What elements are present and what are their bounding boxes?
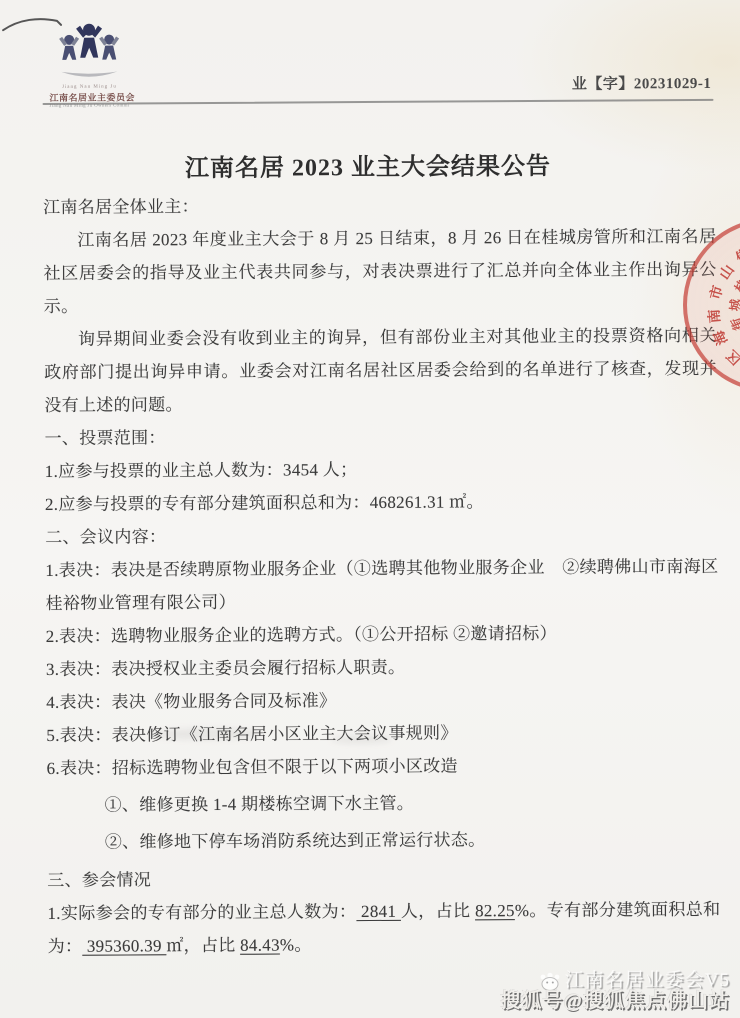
committee-logo: Jiang Nan Ming Ju 江南名居业主委员会 Jiang Nan Mi… (49, 21, 130, 108)
section1-heading: 一、投票范围： (44, 418, 717, 455)
section2-heading: 二、会议内容： (45, 517, 718, 554)
seal-char: 佛 (734, 247, 740, 266)
watermark-line2: 搜狐号@搜狐焦点佛山站 (500, 991, 730, 1012)
document-number: 业【字】20231029-1 (572, 72, 712, 94)
seal-char: 区 (725, 346, 740, 366)
section2-subitem: ②、维修地下停车场消防系统达到正常运行状态。 (47, 822, 720, 859)
participation-pct2: 84.43 (240, 936, 280, 955)
section2-item: 1.表决：表决是否续聘原物业服务企业（①选聘其他物业服务企业 ②续聘佛山市南海区… (45, 550, 718, 620)
seal-char: 海 (713, 328, 732, 347)
participation-pct1: 82.25 (475, 901, 515, 920)
participation-count: 2841 (356, 902, 401, 921)
logo-arc-text: Jiang Nan Ming Ju (49, 84, 129, 89)
seal-char: 南 (708, 308, 723, 323)
section2-item: 3.表决：表决授权业主委员会履行招标人职责。 (46, 649, 719, 686)
seal-char: 市 (709, 284, 726, 301)
section1-item: 2.应参与投票的专有部分建筑面积总和为：468261.31 ㎡。 (45, 484, 718, 521)
paragraph-2: 询异期间业委会没有收到业主的询异，但有部份业主对其他业主的投票资格向相关政府部门… (44, 319, 718, 422)
owners-figures-icon (53, 21, 125, 79)
watermark-line1: 江南名居业委会V5 (500, 970, 730, 991)
watermark-line1-text: 江南名居业委会V5 (565, 970, 730, 991)
section3-heading: 三、参会情况 (47, 860, 720, 897)
document-body: 江南名居全体业主： 江南名居 2023 年度业主大会于 8 月 25 日结束，8… (43, 187, 721, 963)
section2-item: 5.表决：表决修订《江南名居小区业主大会议事规则》 (46, 715, 719, 752)
section2-item: 6.表决：招标选聘物业包含但不限于以下两项小区改造 (46, 748, 719, 785)
participation-area: 395360.39 (82, 936, 166, 956)
participation-prefix: 1.实际参会的专有部分的业主总人数为： (47, 902, 356, 923)
sohu-paw-icon (539, 972, 561, 990)
page-title: 江南名居 2023 业主大会结果公告 (0, 145, 738, 185)
salutation: 江南名居全体业主： (43, 187, 716, 224)
section2-subitem: ①、维修更换 1-4 期楼栋空调下水主管。 (47, 785, 720, 822)
section2-item: 4.表决：表决《物业服务合同及标准》 (46, 682, 719, 719)
seal-char: 桂 (733, 278, 740, 294)
seal-char: 山 (718, 263, 737, 282)
section1-item: 1.应参与投票的业主总人数为：3454 人； (45, 451, 718, 488)
scanned-announcement-page: Jiang Nan Ming Ju 江南名居业主委员会 Jiang Nan Mi… (0, 0, 740, 1018)
paragraph-1: 江南名居 2023 年度业主大会于 8 月 25 日结束，8 月 26 日在桂城… (43, 220, 717, 323)
header-rule (43, 99, 714, 105)
section2-item: 2.表决：选聘物业服务企业的选聘方式。（①公开招标 ②邀请招标） (46, 616, 719, 653)
watermark-block: 江南名居业委会V5 搜狐号@搜狐焦点佛山站 (500, 970, 730, 1012)
seal-char: 街 (729, 316, 740, 331)
seal-char: 城 (729, 298, 740, 311)
participation-stats: 1.实际参会的专有部分的业主总人数为： 2841 人，占比 82.25%。专有部… (47, 893, 720, 963)
